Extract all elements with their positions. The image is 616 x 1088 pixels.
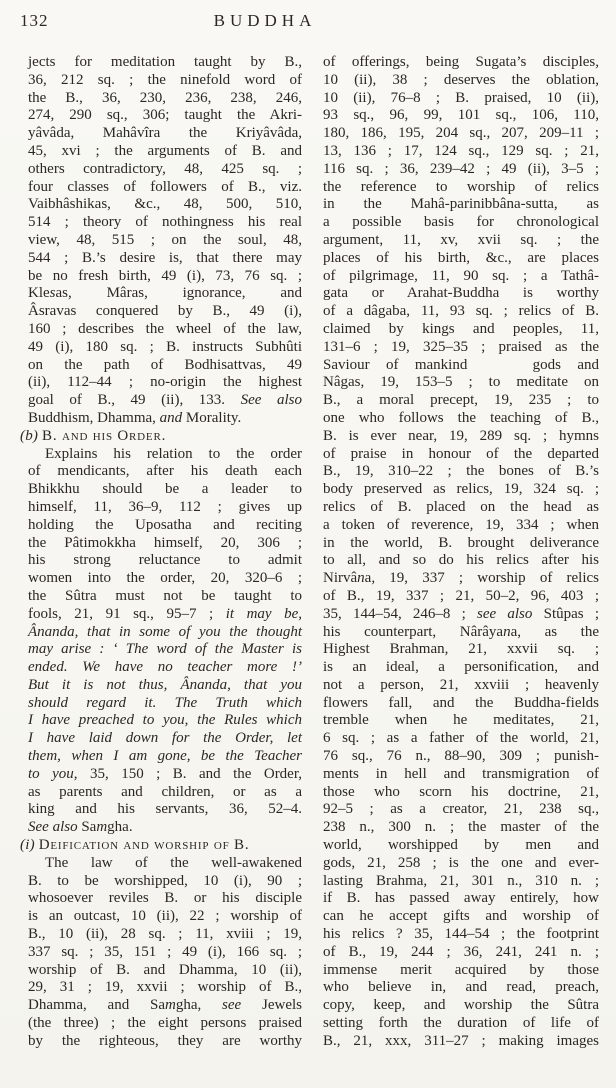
text-line: Bhikkhu should be a leader to bbox=[28, 481, 302, 499]
text-line: on the path of Bodhisattvas, 49 bbox=[28, 357, 302, 375]
text-line: be no fresh birth, 49 (i), 73, 76 sq. ; bbox=[28, 268, 302, 286]
text-line: gata or Arahat-Buddha is worthy bbox=[323, 285, 599, 303]
text-line: Ânanda, that in some of you the thought bbox=[28, 624, 302, 642]
text-line: of offerings, being Sugata’s disciples, bbox=[323, 54, 599, 72]
text-line: B. is ever near, 19, 289 sq. ; hymns bbox=[323, 428, 599, 446]
text-line: 29, 31 ; 19, xxvii ; worship of B., bbox=[28, 979, 302, 997]
text-line: 160 ; describes the wheel of the law, bbox=[28, 321, 302, 339]
running-title: BUDDHA bbox=[0, 11, 530, 31]
text-line: the Sûtra must not be taught to bbox=[28, 588, 302, 606]
text-line: who believe in, and read, preach, bbox=[323, 979, 599, 997]
text-line: 76 sq., 76 n., 88–90, 309 ; punish- bbox=[323, 748, 599, 766]
text-line: B., 21, xxx, 311–27 ; making images bbox=[323, 1033, 599, 1051]
text-line: the reference to worship of relics bbox=[323, 179, 599, 197]
text-line: to you, 35, 150 ; B. and the Order, bbox=[28, 766, 302, 784]
text-line: B., 19, 310–22 ; the bones of B.’s bbox=[323, 463, 599, 481]
text-line: in the Mahâ-parinibbâna-sutta, as bbox=[323, 196, 599, 214]
text-line: Klesas, Mâras, ignorance, and bbox=[28, 285, 302, 303]
text-line: Explains his relation to the order bbox=[28, 446, 302, 464]
text-line: places of his birth, &c., are places bbox=[323, 250, 599, 268]
text-line: world, worshipped by men and bbox=[323, 837, 599, 855]
text-line: 92–5 ; as a creator, 21, 238 sq., bbox=[323, 801, 599, 819]
text-line: I have laid down for the Order, let bbox=[28, 730, 302, 748]
text-line: body preserved as relics, 19, 324 sq. ; bbox=[323, 481, 599, 499]
text-line: of pilgrimage, 11, 90 sq. ; a Tathâ- bbox=[323, 268, 599, 286]
text-line: of praise in honour of the departed bbox=[323, 446, 599, 464]
text-line: 36, 212 sq. ; the ninefold word of bbox=[28, 72, 302, 90]
text-line: 49 (i), 180 sq. ; B. instructs Subhûti bbox=[28, 339, 302, 357]
text-line: of B., 19, 337 ; 21, 50–2, 96, 403 ; bbox=[323, 588, 599, 606]
text-line: Saviour of mankind gods and bbox=[323, 357, 599, 375]
left-column: jects for meditation taught by B.,36, 21… bbox=[28, 54, 302, 1051]
text-line: 93 sq., 96, 99, 101 sq., 106, 110, bbox=[323, 107, 599, 125]
text-line: them, when I am gone, be the Teacher bbox=[28, 748, 302, 766]
text-line: if B. has passed away entirely, how bbox=[323, 890, 599, 908]
text-line: Dhamma, and Samgha, see Jewels bbox=[28, 997, 302, 1015]
text-line: whosoever reviles B. or his disciple bbox=[28, 890, 302, 908]
text-line: Nirvâna, 19, 337 ; worship of relics bbox=[323, 570, 599, 588]
text-line: in the world, B. brought deliverance bbox=[323, 535, 599, 553]
text-line: relics of B. placed on the head as bbox=[323, 499, 599, 517]
text-line: should regard it. The Truth which bbox=[28, 695, 302, 713]
right-column: of offerings, being Sugata’s disciples,1… bbox=[323, 54, 599, 1051]
text-line: setting forth the duration of life of bbox=[323, 1015, 599, 1033]
text-line: of mendicants, after his death each bbox=[28, 463, 302, 481]
text-line: of B., 19, 244 ; 36, 241, 241 n. ; bbox=[323, 944, 599, 962]
text-line: worship of B. and Dhamma, 10 (ii), bbox=[28, 962, 302, 980]
text-line: view, 48, 515 ; on the soul, 48, bbox=[28, 232, 302, 250]
text-line: the B., 36, 230, 236, 238, 246, bbox=[28, 90, 302, 108]
text-line: 35, 144–54, 246–8 ; see also Stûpas ; bbox=[323, 606, 599, 624]
text-line: 274, 290 sq., 306; taught the Akri- bbox=[28, 107, 302, 125]
text-line: B., 10 (ii), 28 sq. ; 11, xviii ; 19, bbox=[28, 926, 302, 944]
text-line: Highest Brahman, 21, xxvii sq. ; bbox=[323, 641, 599, 659]
text-line: (the three) ; the eight persons praised bbox=[28, 1015, 302, 1033]
text-line: I have preached to you, the Rules which bbox=[28, 712, 302, 730]
text-line: not a person, 21, xxviii ; heavenly bbox=[323, 677, 599, 695]
text-line: of a dâgaba, 11, 93 sq. ; relics of B. bbox=[323, 303, 599, 321]
text-line: his counterpart, Nârâyana, as the bbox=[323, 624, 599, 642]
text-line: may arise : ‘ The word of the Master is bbox=[28, 641, 302, 659]
text-line: holding the Uposatha and reciting bbox=[28, 517, 302, 535]
text-line: ended. We have no teacher more !’ bbox=[28, 659, 302, 677]
text-line: 10 (ii), 38 ; deserves the oblation, bbox=[323, 72, 599, 90]
text-line: 337 sq. ; 35, 151 ; 49 (i), 166 sq. ; bbox=[28, 944, 302, 962]
text-line: yâvâda, Mahâvîra the Kriyâvâda, bbox=[28, 125, 302, 143]
text-line: Buddhism, Dhamma, and Morality. bbox=[28, 410, 302, 428]
text-line: copy, keep, and worship the Sûtra bbox=[323, 997, 599, 1015]
text-line: (ii), 112–44 ; no-origin the highest bbox=[28, 374, 302, 392]
text-line: 238 n., 300 n. ; the master of the bbox=[323, 819, 599, 837]
text-line: 13, 136 ; 17, 124 sq., 129 sq. ; 21, bbox=[323, 143, 599, 161]
text-line: his relics ? 35, 144–54 ; the footprint bbox=[323, 926, 599, 944]
text-line: jects for meditation taught by B., bbox=[28, 54, 302, 72]
text-line: B. to be worshipped, 10 (i), 90 ; bbox=[28, 873, 302, 891]
text-line: The law of the well-awakened bbox=[28, 855, 302, 873]
text-line: lasting Brahma, 21, 301 n., 310 n. ; bbox=[323, 873, 599, 891]
text-line: goal of B., 49 (ii), 133. See also bbox=[28, 392, 302, 410]
text-line: 514 ; theory of nothingness his real bbox=[28, 214, 302, 232]
text-line: is an ideal, a personification, and bbox=[323, 659, 599, 677]
text-line: 544 ; B.’s desire is, that there may bbox=[28, 250, 302, 268]
text-line: himself, 11, 36–9, 112 ; gives up bbox=[28, 499, 302, 517]
text-line: Âsravas conquered by B., 49 (i), bbox=[28, 303, 302, 321]
section-heading: (i) Deification and worship of B. bbox=[20, 837, 302, 855]
text-line: Nâgas, 19, 153–5 ; to meditate on bbox=[323, 374, 599, 392]
text-line: 45, xvi ; the arguments of B. and bbox=[28, 143, 302, 161]
text-line: 10 (ii), 76–8 ; B. praised, 10 (ii), bbox=[323, 90, 599, 108]
text-line: can he accept gifts and worship of bbox=[323, 908, 599, 926]
text-line: immense merit acquired by those bbox=[323, 962, 599, 980]
book-page: 132 BUDDHA jects for meditation taught b… bbox=[0, 0, 616, 1088]
text-line: others contradictory, 48, 425 sq. ; bbox=[28, 161, 302, 179]
text-line: ments in hell and transmigration of bbox=[323, 766, 599, 784]
text-line: is an outcast, 10 (ii), 22 ; worship of bbox=[28, 908, 302, 926]
text-line: four classes of followers of B., viz. bbox=[28, 179, 302, 197]
text-line: 180, 186, 195, 204 sq., 207, 209–11 ; bbox=[323, 125, 599, 143]
text-line: women into the order, 20, 320–6 ; bbox=[28, 570, 302, 588]
text-line: those who scorn his doctrine, 21, bbox=[323, 784, 599, 802]
text-line: claimed by kings and peoples, 11, bbox=[323, 321, 599, 339]
text-line: the Pâtimokkha himself, 20, 306 ; bbox=[28, 535, 302, 553]
text-line: fools, 21, 91 sq., 95–7 ; it may be, bbox=[28, 606, 302, 624]
text-line: See also Samgha. bbox=[28, 819, 302, 837]
text-line: flowers fall, and the Buddha-fields bbox=[323, 695, 599, 713]
text-line: by the righteous, they are worthy bbox=[28, 1033, 302, 1051]
text-line: B., a moral precept, 19, 235 ; to bbox=[323, 392, 599, 410]
text-line: 116 sq. ; 36, 239–42 ; 49 (ii), 3–5 ; bbox=[323, 161, 599, 179]
text-line: one who follows the teaching of B., bbox=[323, 410, 599, 428]
text-line: to all, and so do his relics after his bbox=[323, 552, 599, 570]
text-line: king and his servants, 36, 52–4. bbox=[28, 801, 302, 819]
text-line: argument, 11, xv, xvii sq. ; the bbox=[323, 232, 599, 250]
text-line: tremble when he meditates, 21, bbox=[323, 712, 599, 730]
text-line: as parents and children, or as a bbox=[28, 784, 302, 802]
text-line: a possible basis for chronological bbox=[323, 214, 599, 232]
text-line: 6 sq. ; as a father of the world, 21, bbox=[323, 730, 599, 748]
text-line: gods, 21, 258 ; is the one and ever- bbox=[323, 855, 599, 873]
section-heading: (b) B. and his Order. bbox=[20, 428, 302, 446]
text-line: Vaibhâshikas, &c., 48, 500, 510, bbox=[28, 196, 302, 214]
text-line: his strong reluctance to admit bbox=[28, 552, 302, 570]
text-line: 131–6 ; 19, 325–35 ; praised as the bbox=[323, 339, 599, 357]
text-line: a token of reverence, 19, 334 ; when bbox=[323, 517, 599, 535]
text-line: But it is not thus, Ânanda, that you bbox=[28, 677, 302, 695]
